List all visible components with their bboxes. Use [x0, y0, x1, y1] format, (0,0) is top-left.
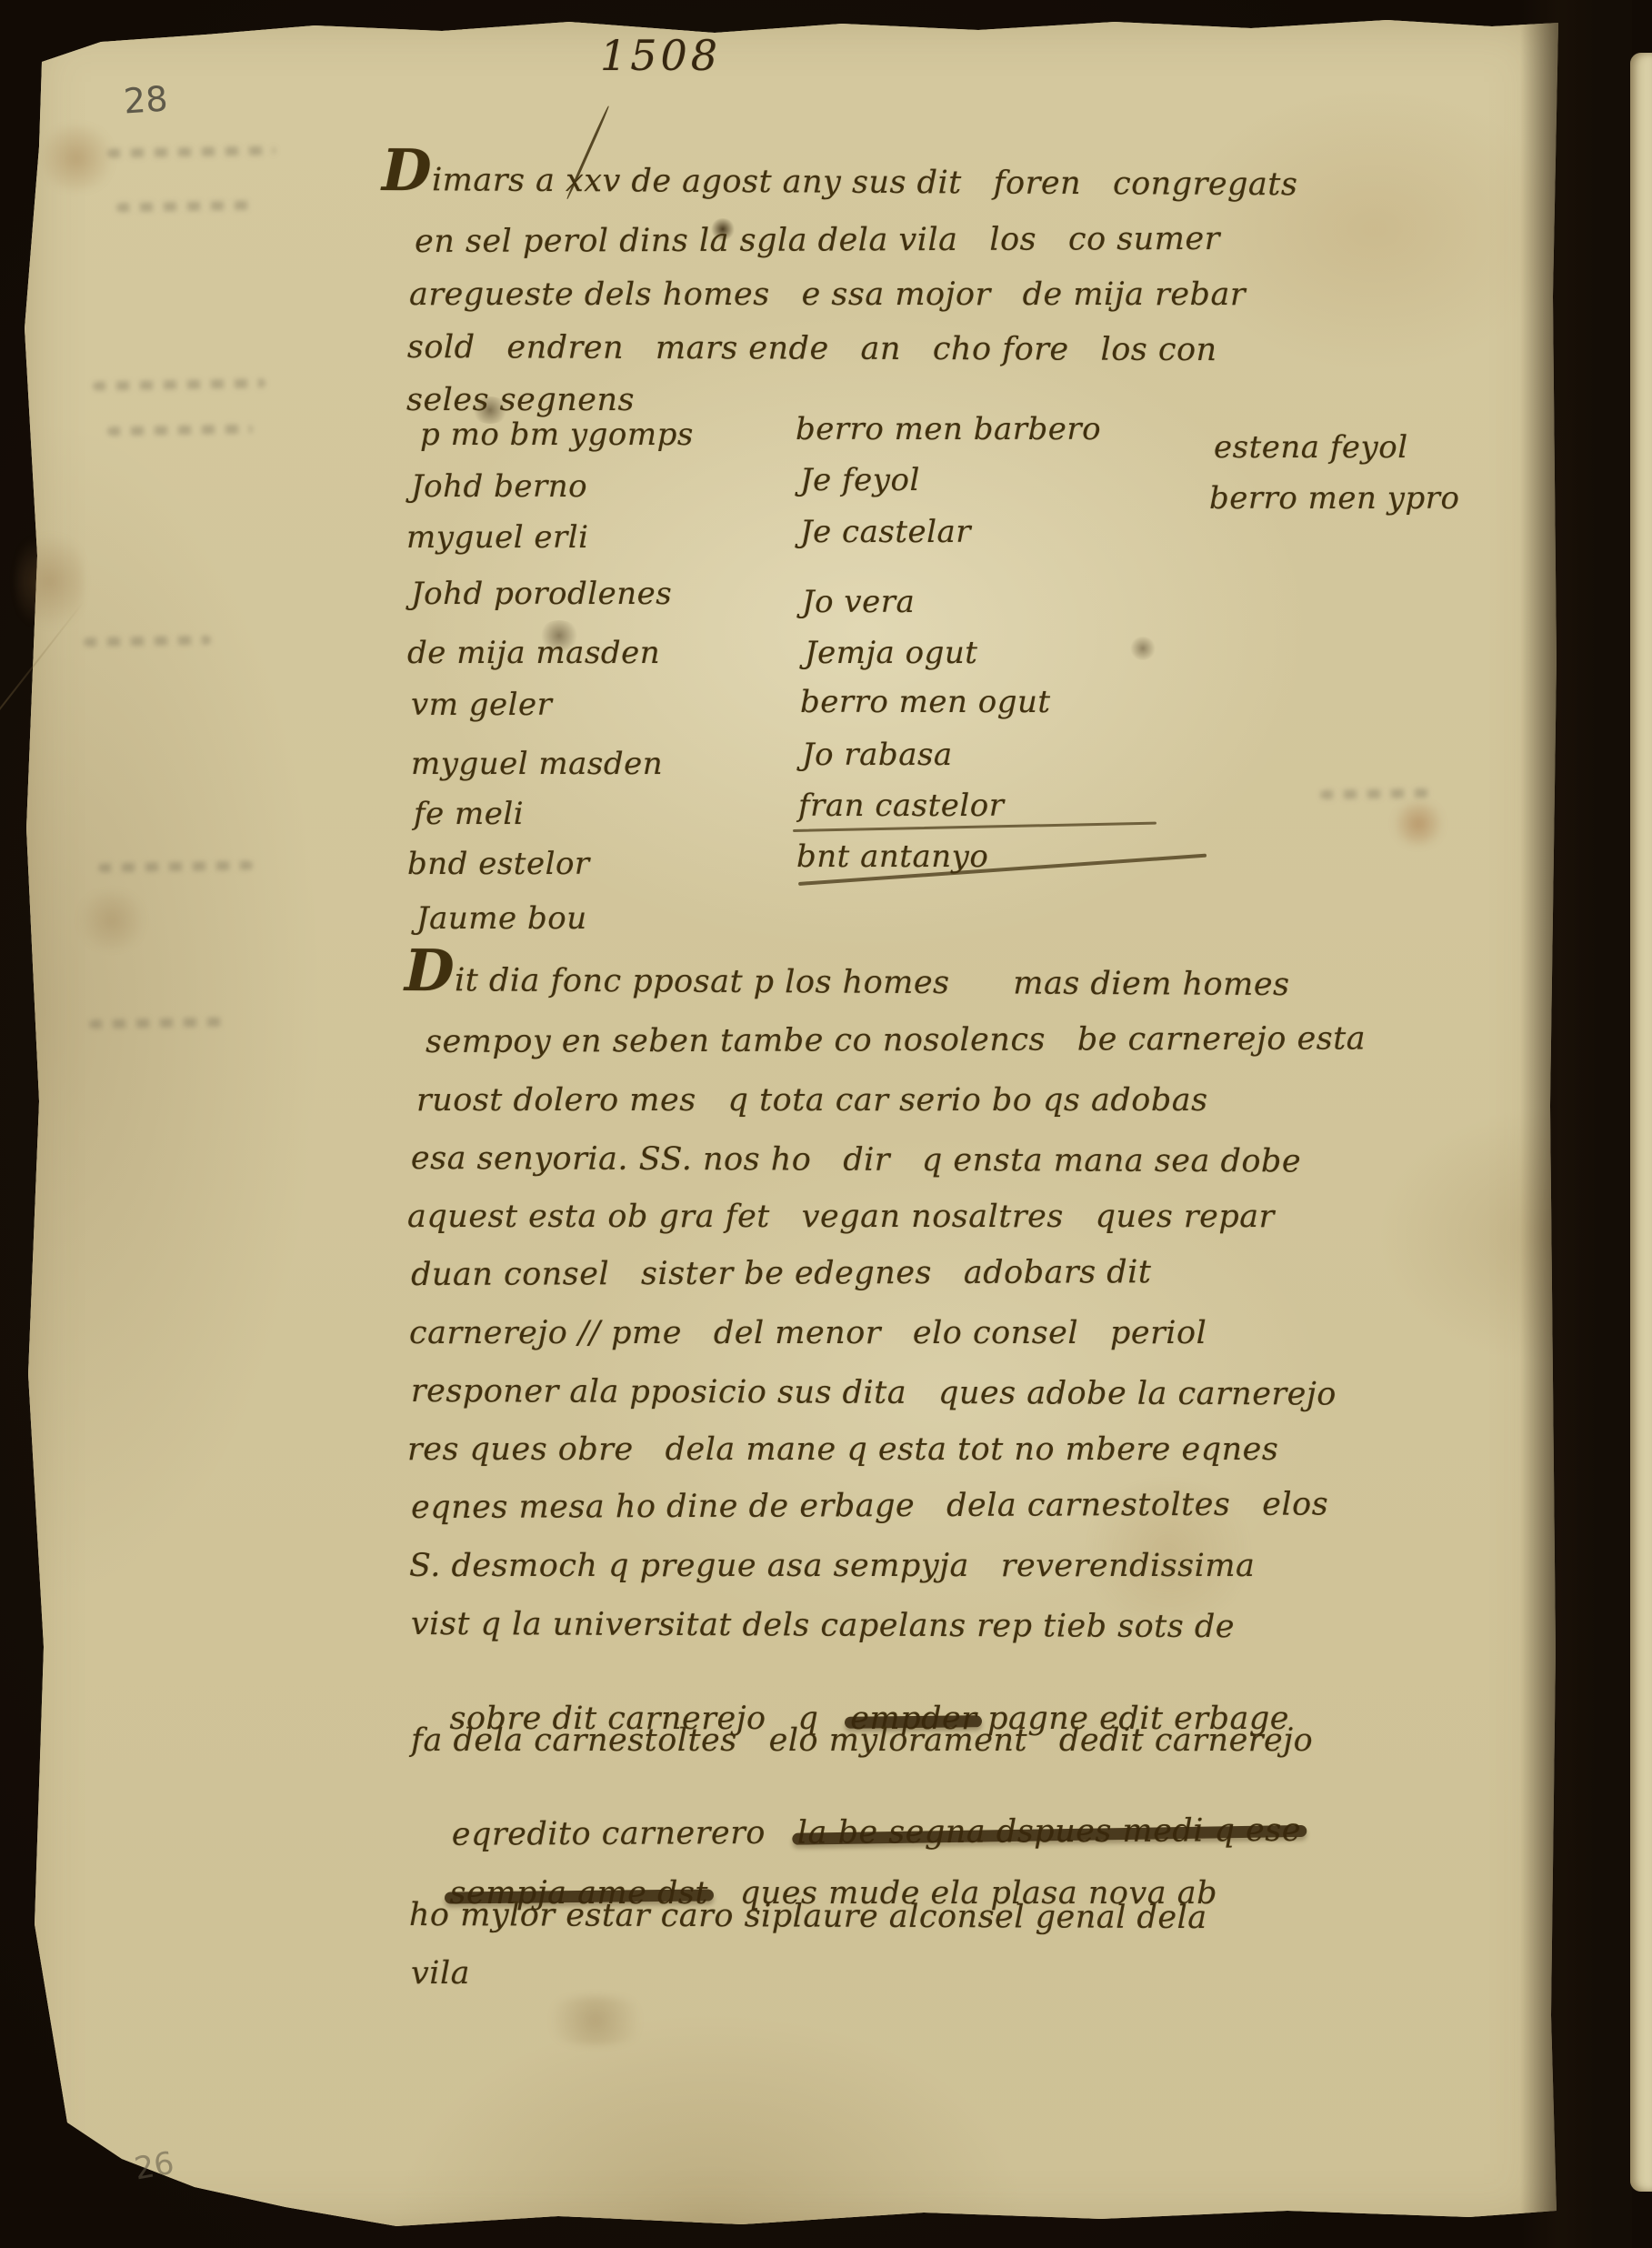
- attendee-name: myguel masden: [411, 746, 663, 782]
- manuscript-line: ruost dolero mes q tota car serio bo qs …: [416, 1082, 1208, 1119]
- stain: [16, 523, 84, 639]
- attendee-name: p mo bm ygomps: [420, 416, 694, 453]
- attendee-name: Je feyol: [800, 462, 920, 498]
- attendee-name: berro men ypro: [1209, 480, 1459, 517]
- ink-spot: [1129, 637, 1156, 660]
- manuscript-line: fa dela carnestoltes elo mylorament dedi…: [411, 1722, 1313, 1759]
- photo-backdrop: { "page": { "year_heading": "1508", "fol…: [0, 0, 1652, 2248]
- ink-layer: 28 26 1508 Dimars a xxv de agost any sus…: [0, 0, 1652, 2248]
- stain: [73, 891, 151, 949]
- manuscript-line: ho mylor estar caro siplaure alconsel ge…: [409, 1897, 1207, 1936]
- attendee-name: de mija masden: [407, 635, 660, 671]
- manuscript-line: duan consel sister be edegnes adobars di…: [411, 1254, 1151, 1293]
- attendee-name: fe meli: [414, 796, 524, 832]
- manuscript-line: seles segnens: [406, 382, 635, 418]
- show-through-mark: [93, 378, 265, 390]
- manuscript-line: en sel perol dins la sgla dela vila los …: [415, 221, 1220, 260]
- attendee-name: berro men barbero: [796, 411, 1101, 447]
- show-through-mark: [107, 146, 275, 157]
- attendee-name: Je castelar: [800, 514, 971, 550]
- manuscript-line: vist q la universitat dels capelans rep …: [411, 1606, 1235, 1645]
- manuscript-line: Dit dia fonc pposat p los homes mas diem…: [405, 962, 1290, 1003]
- attendee-name: fran castelor: [798, 788, 1004, 824]
- folio-number-top: 28: [123, 78, 169, 121]
- stain: [536, 1996, 655, 2045]
- attendee-name: Jo rabasa: [802, 737, 953, 773]
- attendee-name: Jemja ogut: [805, 635, 977, 671]
- manuscript-line: res ques obre dela mane q esta tot no mb…: [407, 1431, 1278, 1468]
- year-heading: 1508: [600, 31, 721, 80]
- stain: [1389, 802, 1447, 846]
- attendee-name: bnt antanyo: [796, 838, 988, 875]
- show-through-mark: [84, 636, 211, 647]
- manuscript-line: vila: [411, 1955, 470, 1992]
- manuscript-line: Dimars a xxv de agost any sus dit foren …: [382, 162, 1298, 203]
- manuscript-line: eqnes mesa ho dine de erbage dela carnes…: [411, 1486, 1328, 1526]
- attendee-name: bnd estelor: [407, 846, 590, 882]
- show-through-mark: [98, 861, 253, 873]
- folio-number-bottom: 26: [132, 2145, 177, 2188]
- attendee-name: vm geler: [411, 687, 552, 723]
- show-through-mark: [116, 201, 253, 213]
- manuscript-line: responer ala pposicio sus dita ques adob…: [411, 1373, 1337, 1413]
- manuscript-line: sold endren mars ende an cho fore los co…: [407, 329, 1217, 368]
- attendee-name: myguel erli: [406, 519, 589, 556]
- attendee-name: berro men ogut: [800, 684, 1051, 720]
- manuscript-line: esa senyoria. SS. nos ho dir q ensta man…: [411, 1140, 1301, 1179]
- show-through-mark: [107, 425, 253, 437]
- stain: [35, 125, 118, 191]
- manuscript-line: sempoy en seben tambe co nosolencs be ca…: [426, 1020, 1366, 1060]
- show-through-mark: [89, 1018, 225, 1029]
- attendee-name: Johd berno: [411, 468, 587, 505]
- manuscript-line: aquest esta ob gra fet vegan nosaltres q…: [407, 1199, 1275, 1235]
- attendee-name: estena feyol: [1214, 429, 1408, 466]
- manuscript-line: aregueste dels homes e ssa mojor de mija…: [409, 276, 1246, 313]
- show-through-mark: [1320, 788, 1429, 799]
- attendee-name: Johd porodlenes: [411, 576, 672, 612]
- manuscript-line: S. desmoch q pregue asa sempyja reverend…: [409, 1548, 1255, 1584]
- attendee-name: Jo vera: [802, 584, 915, 620]
- manuscript-line: carnerejo // pme del menor elo consel pe…: [409, 1315, 1206, 1351]
- attendee-name: Jaume bou: [416, 900, 587, 937]
